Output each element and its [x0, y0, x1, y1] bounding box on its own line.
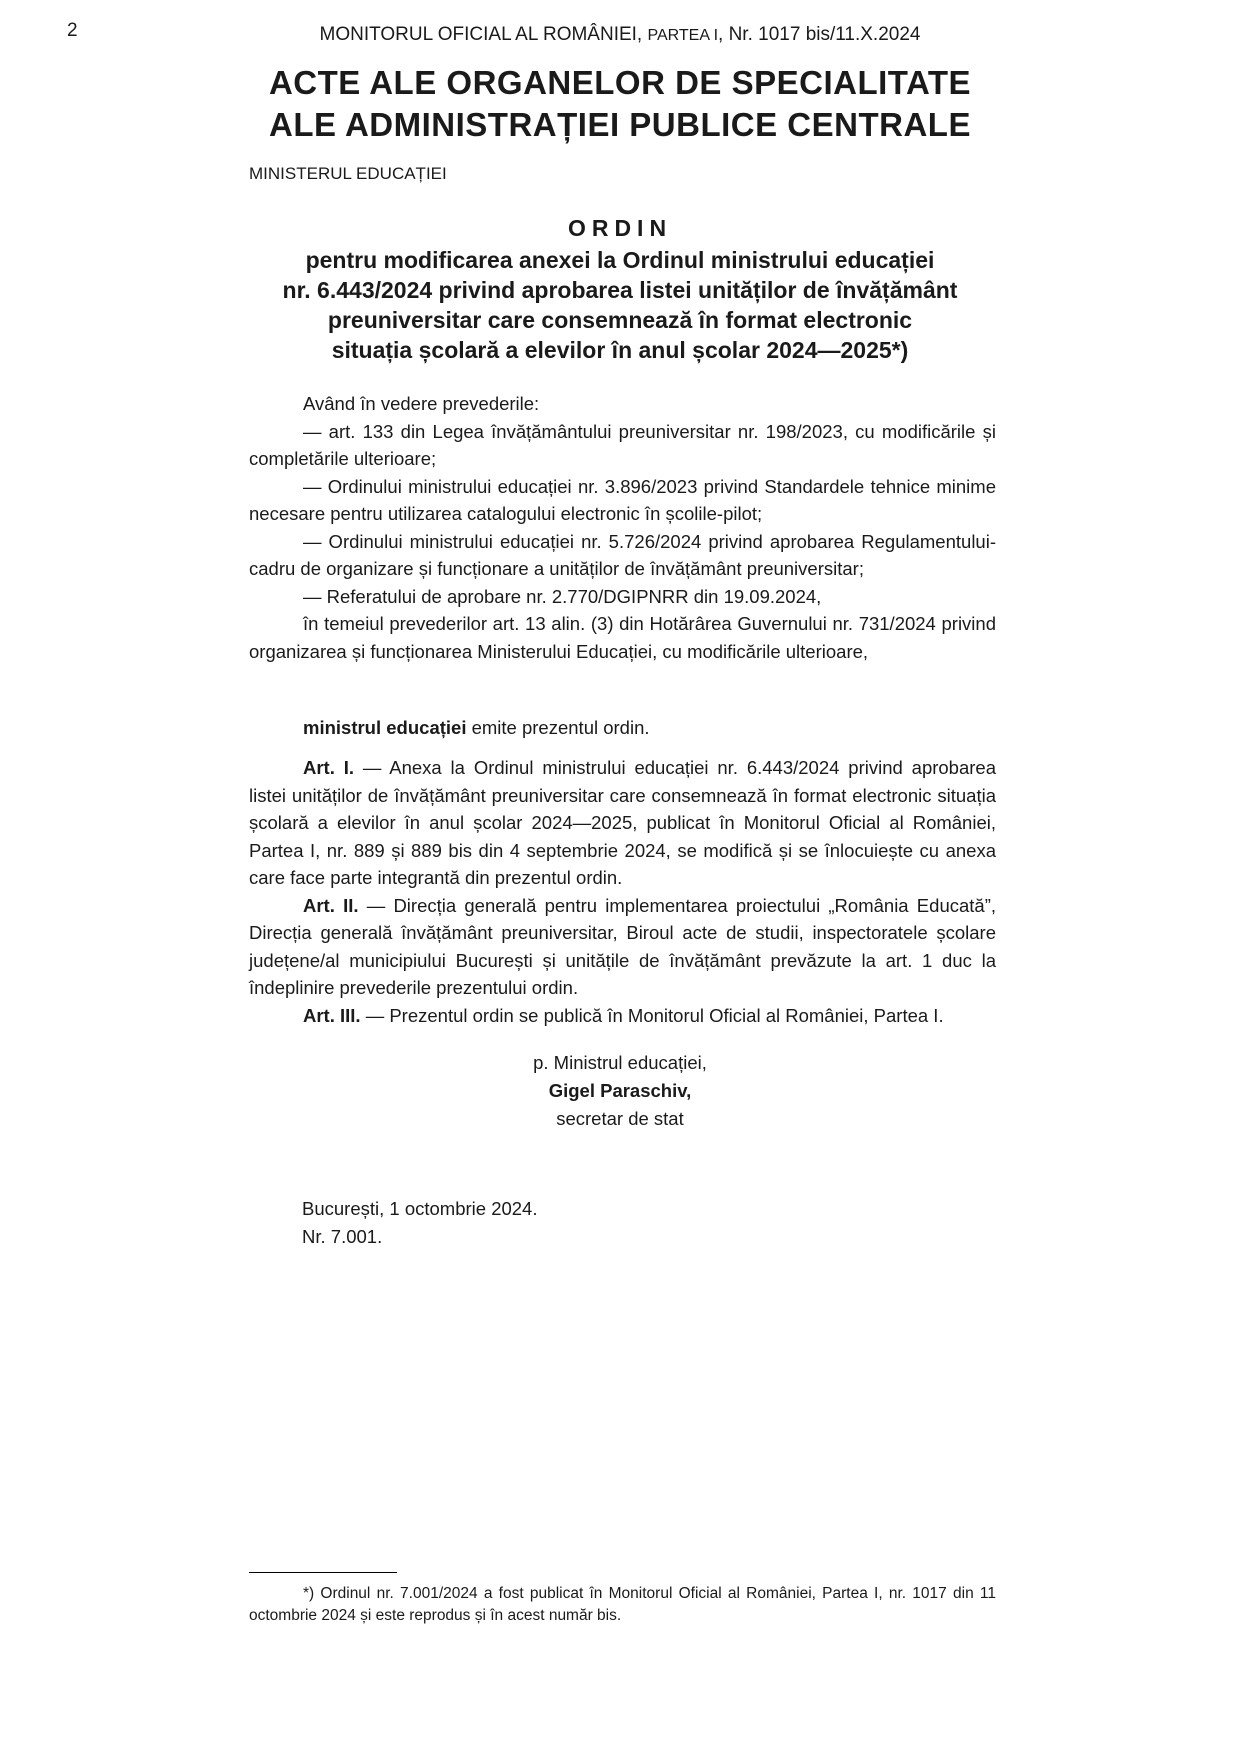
header-publication: MONITORUL OFICIAL AL ROMÂNIEI,: [320, 24, 648, 45]
order-subtitle-line: nr. 6.443/2024 privind aprobarea listei …: [240, 275, 1000, 305]
order-subtitle: pentru modificarea anexei la Ordinul min…: [240, 245, 1000, 365]
preamble: Având în vedere prevederile: — art. 133 …: [249, 390, 996, 665]
signature-block: p. Ministrul educației, Gigel Paraschiv,…: [440, 1049, 800, 1133]
running-header: MONITORUL OFICIAL AL ROMÂNIEI, PARTEA I,…: [250, 24, 990, 46]
article-text: — Prezentul ordin se publică în Monitoru…: [361, 1005, 944, 1026]
footnote-divider: [249, 1572, 397, 1573]
signature-title: p. Ministrul educației,: [440, 1049, 800, 1077]
section-title: ACTE ALE ORGANELOR DE SPECIALITATE ALE A…: [240, 62, 1000, 146]
place-date-block: București, 1 octombrie 2024. Nr. 7.001.: [302, 1195, 538, 1251]
footnote: *) Ordinul nr. 7.001/2024 a fost publica…: [249, 1583, 996, 1627]
article-label: Art. III.: [303, 1005, 361, 1026]
order-subtitle-line: situația școlară a elevilor în anul școl…: [240, 335, 1000, 365]
header-part: PARTEA I: [647, 27, 718, 44]
article-text: — Anexa la Ordinul ministrului educației…: [249, 757, 996, 888]
page-number: 2: [67, 20, 78, 42]
header-issue: , Nr. 1017 bis/11.X.2024: [718, 24, 920, 45]
order-number: Nr. 7.001.: [302, 1223, 538, 1251]
signatory-role: secretar de stat: [440, 1105, 800, 1133]
section-title-line-1: ACTE ALE ORGANELOR DE SPECIALITATE: [240, 62, 1000, 104]
legal-basis: în temeiul prevederilor art. 13 alin. (3…: [249, 610, 996, 665]
signatory-name: Gigel Paraschiv,: [440, 1077, 800, 1105]
enacting-text: emite prezentul ordin.: [466, 717, 649, 738]
preamble-item: — Ordinului ministrului educației nr. 5.…: [249, 528, 996, 583]
article-text: — Direcția generală pentru implementarea…: [249, 895, 996, 999]
articles: Art. I. — Anexa la Ordinul ministrului e…: [249, 754, 996, 1029]
enacting-clause: ministrul educației emite prezentul ordi…: [249, 714, 996, 742]
preamble-item: — Ordinului ministrului educației nr. 3.…: [249, 473, 996, 528]
place-date: București, 1 octombrie 2024.: [302, 1195, 538, 1223]
footnote-text: *) Ordinul nr. 7.001/2024 a fost publica…: [249, 1583, 996, 1627]
enacting-authority: ministrul educației: [303, 717, 466, 738]
order-title: ORDIN: [240, 215, 1000, 242]
article-3: Art. III. — Prezentul ordin se publică î…: [249, 1002, 996, 1030]
preamble-intro: Având în vedere prevederile:: [249, 390, 996, 418]
article-label: Art. I.: [303, 757, 354, 778]
issuer: MINISTERUL EDUCAȚIEI: [249, 164, 447, 184]
preamble-item: — art. 133 din Legea învățământului preu…: [249, 418, 996, 473]
article-1: Art. I. — Anexa la Ordinul ministrului e…: [249, 754, 996, 892]
article-2: Art. II. — Direcția generală pentru impl…: [249, 892, 996, 1002]
order-subtitle-line: pentru modificarea anexei la Ordinul min…: [240, 245, 1000, 275]
section-title-line-2: ALE ADMINISTRAȚIEI PUBLICE CENTRALE: [240, 104, 1000, 146]
article-label: Art. II.: [303, 895, 359, 916]
order-subtitle-line: preuniversitar care consemnează în forma…: [240, 305, 1000, 335]
preamble-item: — Referatului de aprobare nr. 2.770/DGIP…: [249, 583, 996, 611]
